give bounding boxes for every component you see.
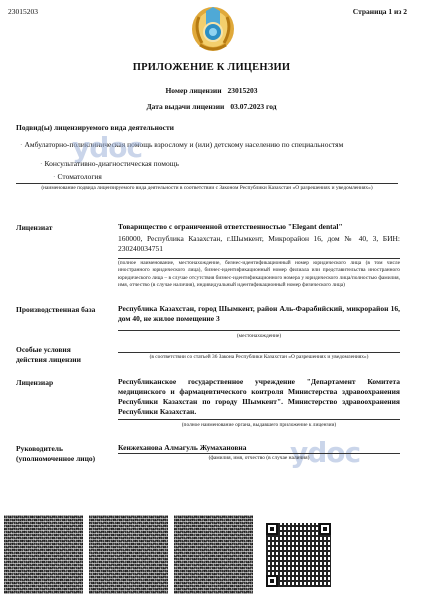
subtype-item: ·Амбулаторно-поликлиническая помощь взро…	[20, 140, 343, 149]
licensee-name: Товарищество с ограниченной ответственно…	[118, 222, 400, 232]
document-number: 23015203	[8, 7, 38, 16]
license-number-value: 23015203	[228, 86, 258, 95]
license-date: Дата выдачи лицензии03.07.2023 год	[0, 102, 423, 111]
page-title: ПРИЛОЖЕНИЕ К ЛИЦЕНЗИИ	[0, 62, 423, 73]
divider	[118, 258, 400, 259]
production-base-value: Республика Казахстан, город Шымкент, рай…	[118, 304, 400, 324]
subtype-item: ·Консультативно-диагностическая помощь	[40, 159, 179, 168]
production-base-label: Производственная база	[16, 305, 95, 315]
license-date-value: 03.07.2023 год	[230, 102, 276, 111]
page-info: Страница 1 из 2	[353, 7, 407, 16]
2d-barcode-icon	[4, 515, 83, 594]
licensor-value: Республиканское государственное учрежден…	[118, 377, 400, 418]
state-emblem-icon	[190, 5, 236, 53]
divider	[118, 419, 400, 420]
licensor-label: Лицензиар	[16, 378, 53, 388]
2d-barcode-icon	[174, 515, 253, 594]
head-label: Руководитель (уполномоченное лицо)	[16, 444, 95, 464]
license-number-label: Номер лицензии	[165, 86, 221, 95]
divider	[118, 352, 400, 353]
special-conditions-caption: (в соответствии со статьей 36 Закона Рес…	[118, 354, 400, 361]
licensee-caption: (полное наименование, местонахождение, б…	[118, 260, 400, 289]
license-date-label: Дата выдачи лицензии	[146, 102, 224, 111]
qr-code-icon	[266, 523, 331, 587]
licensor-caption: (полное наименование органа, выдавшего п…	[118, 422, 400, 429]
divider	[118, 330, 400, 331]
subtype-item: ·Стоматология	[53, 172, 102, 181]
subtypes-caption: (наименование подвида лицензируемого вид…	[16, 185, 398, 192]
licensee-label: Лицензиат	[16, 223, 52, 233]
licensee-address: 160000, Республика Казахстан, г.Шымкент,…	[118, 234, 400, 254]
head-caption: (фамилия, имя, отчество (в случае наличи…	[118, 455, 400, 462]
special-conditions-label: Особые условия действия лицензии	[16, 345, 81, 365]
production-base-caption: (местонахождение)	[118, 333, 400, 340]
2d-barcode-icon	[89, 515, 168, 594]
divider	[118, 453, 400, 454]
license-number: Номер лицензии23015203	[0, 86, 423, 95]
divider	[16, 183, 398, 184]
